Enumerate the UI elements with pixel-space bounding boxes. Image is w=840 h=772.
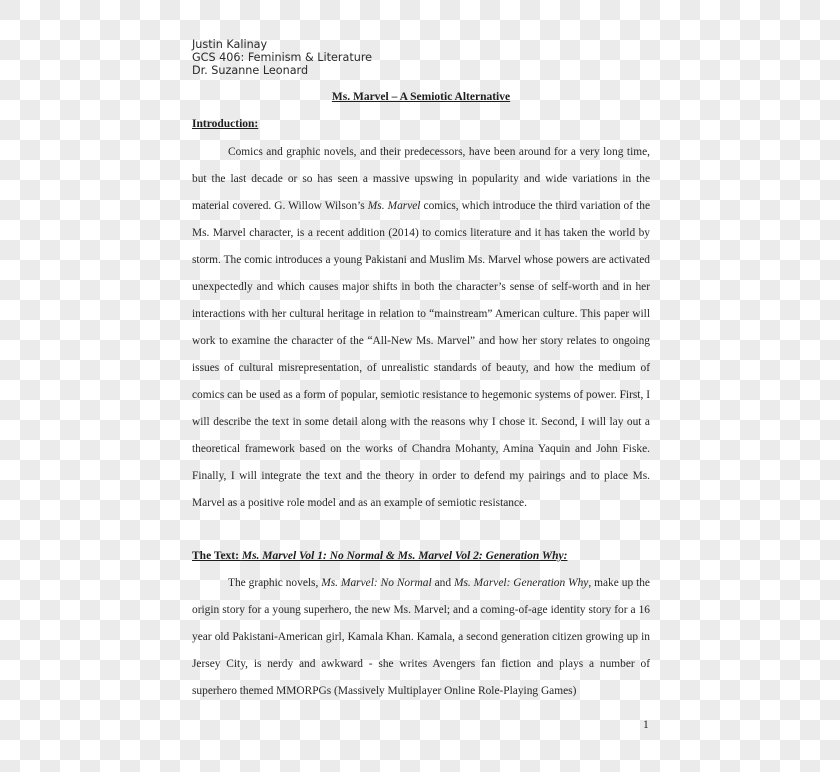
instructor-name: Dr. Suzanne Leonard <box>192 64 650 77</box>
text-run: The graphic novels, <box>228 577 321 589</box>
the-text-paragraph: The graphic novels, Ms. Marvel: No Norma… <box>192 570 650 705</box>
document-title: Ms. Marvel – A Semiotic Alternative <box>192 91 650 103</box>
author-name: Justin Kalinay <box>192 38 650 51</box>
text-run: , make up the origin story for a young s… <box>192 577 650 697</box>
page-number: 1 <box>643 719 649 731</box>
italic-title: Ms. Marvel <box>368 200 421 212</box>
document-page: Justin Kalinay GCS 406: Feminism & Liter… <box>192 38 650 77</box>
section-heading-the-text: The Text: Ms. Marvel Vol 1: No Normal & … <box>192 550 567 562</box>
section-heading-introduction: Introduction: <box>192 118 258 130</box>
italic-title: Ms. Marvel: Generation Why <box>454 577 588 589</box>
text-run: comics, which introduce the third variat… <box>192 200 650 509</box>
text-run: and <box>432 577 454 589</box>
introduction-paragraph: Comics and graphic novels, and their pre… <box>192 139 650 517</box>
header-block: Justin Kalinay GCS 406: Feminism & Liter… <box>192 38 650 77</box>
italic-title: Ms. Marvel: No Normal <box>321 577 431 589</box>
course-name: GCS 406: Feminism & Literature <box>192 51 650 64</box>
heading-italic: Ms. Marvel Vol 1: No Normal & Ms. Marvel… <box>242 550 568 562</box>
heading-plain: The Text: <box>192 550 242 562</box>
